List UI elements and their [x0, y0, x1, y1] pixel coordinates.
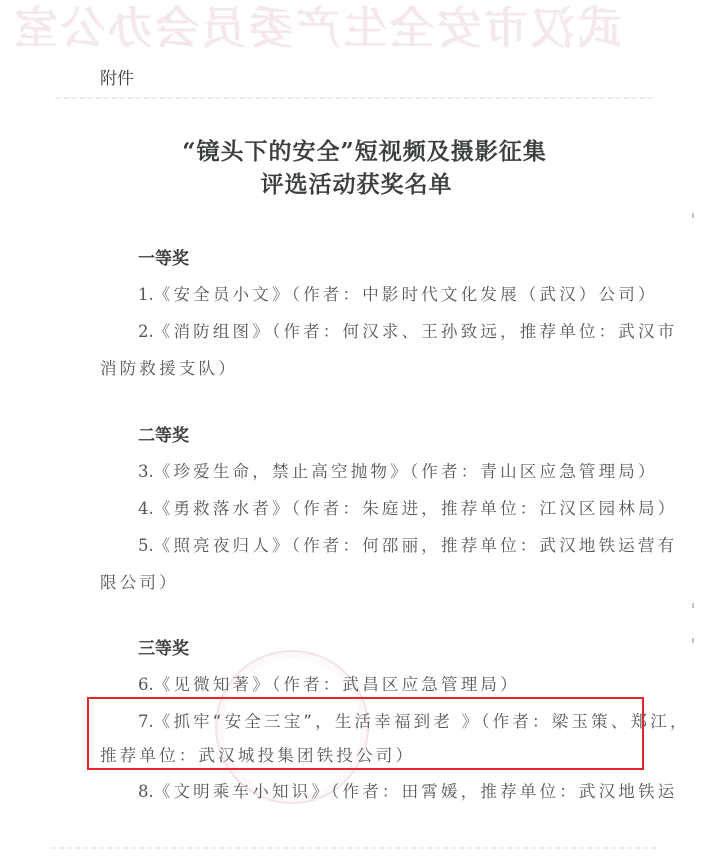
document-title-line-2: 评选活动获奖名单: [0, 166, 713, 199]
award-entry-2-continuation: 消防救援支队）: [100, 355, 238, 379]
entry-number: 3.: [138, 462, 154, 481]
scan-artifact-line: [50, 847, 660, 849]
document-title-line-1: “镜头下的安全”短视频及摄影征集: [8, 133, 713, 166]
award-entry-6: 6.《见微知著》（作者：武昌区应急管理局）: [138, 671, 520, 695]
entry-text: 《珍爱生命，禁止高空抛物》（作者：青山区应急管理局）: [154, 462, 658, 481]
award-entry-4: 4.《勇救落水者》（作者：朱庭进，推荐单位：江汉区园林局）: [138, 495, 677, 519]
award-entry-2: 2.《消防组图》（作者：何汉求、王孙致远，推荐单位：武汉市: [138, 318, 677, 342]
entry-text: 《安全员小文》（作者：中影时代文化发展（武汉）公司）: [154, 285, 658, 304]
entry-text: 《勇救落水者》（作者：朱庭进，推荐单位：江汉区园林局）: [154, 499, 678, 518]
award-entry-8: 8.《文明乘车小知识》（作者：田霄媛，推荐单位：武汉地铁运: [138, 778, 677, 802]
award-entry-3: 3.《珍爱生命，禁止高空抛物》（作者：青山区应急管理局）: [138, 458, 658, 482]
award-entry-1: 1.《安全员小文》（作者：中影时代文化发展（武汉）公司）: [138, 281, 658, 305]
scan-artifact-line: [55, 97, 655, 99]
letterhead-bleedthrough: 武汉市安全生产委员会办公室: [92, 4, 622, 54]
section-heading-third-prize: 三等奖: [138, 634, 189, 659]
award-entry-7: 7.《抓牢“安全三宝”，生活幸福到老 》（作者：梁玉策、郑江，: [138, 708, 690, 732]
entry-text: 《见微知著》（作者：武昌区应急管理局）: [154, 675, 520, 694]
entry-number: 5.: [138, 536, 154, 555]
entry-number: 7.: [138, 712, 154, 731]
entry-number: 2.: [138, 322, 154, 341]
entry-number: 1.: [138, 285, 154, 304]
scan-edge-mark: [692, 603, 694, 608]
award-entry-5-continuation: 限公司）: [100, 569, 179, 593]
section-heading-second-prize: 二等奖: [138, 421, 189, 446]
entry-number: 6.: [138, 675, 154, 694]
award-entry-7-continuation: 推荐单位：武汉城投集团铁投公司）: [100, 742, 415, 766]
entry-text: 《文明乘车小知识》（作者：田霄媛，推荐单位：武汉地铁运: [154, 782, 678, 801]
entry-text: 《照亮夜归人》（作者：何邵丽，推荐单位：武汉地铁运营有: [154, 536, 678, 555]
entry-number: 4.: [138, 499, 154, 518]
attachment-label: 附件: [100, 64, 134, 89]
scan-edge-mark: [692, 638, 694, 643]
entry-number: 8.: [138, 782, 154, 801]
scan-edge-mark: [692, 213, 694, 218]
section-heading-first-prize: 一等奖: [138, 244, 189, 269]
entry-text: 《消防组图》（作者：何汉求、王孙致远，推荐单位：武汉市: [154, 322, 678, 341]
entry-text: 《抓牢“安全三宝”，生活幸福到老 》（作者：梁玉策、郑江，: [154, 712, 690, 731]
award-entry-5: 5.《照亮夜归人》（作者：何邵丽，推荐单位：武汉地铁运营有: [138, 532, 677, 556]
